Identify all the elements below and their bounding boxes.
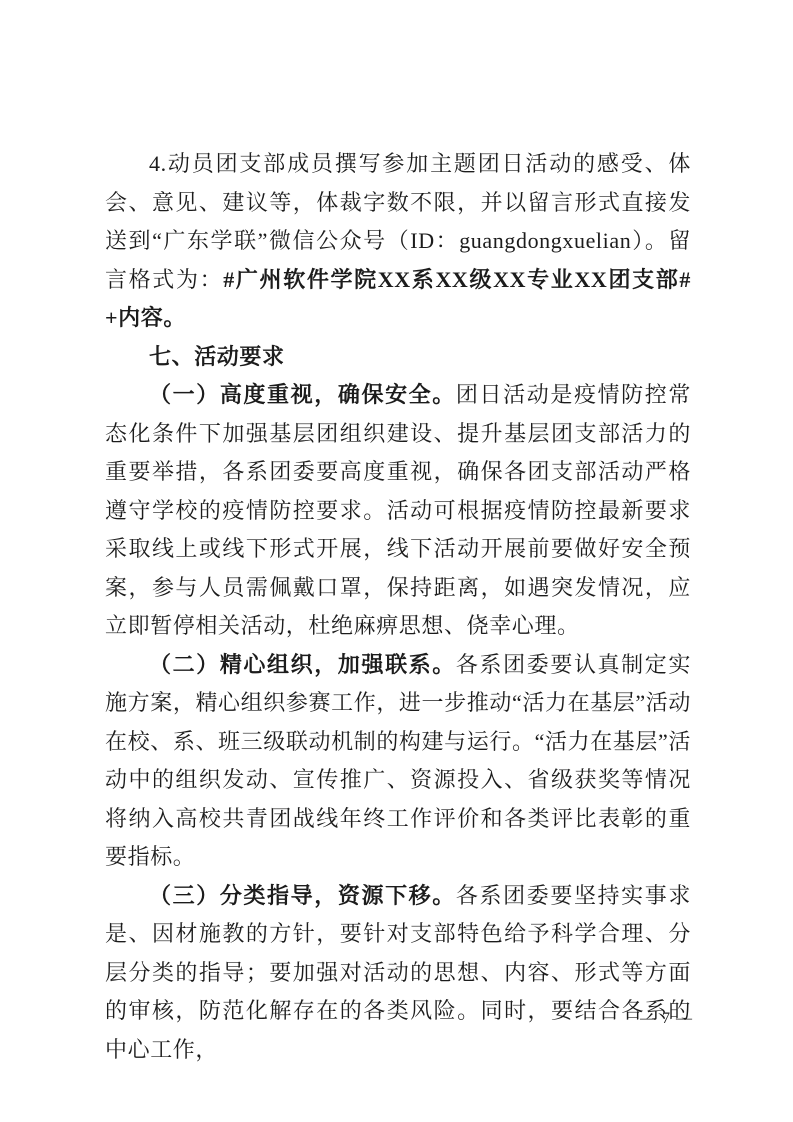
text-run: 各系团委要坚持实事求是、因材施教的方针，要针对支部特色给予科学合理、分层分类的指…: [105, 883, 691, 1062]
bold-text-run: （一）高度重视，确保安全。: [149, 382, 456, 407]
bold-text-run: 七、活动要求: [149, 344, 285, 369]
paragraph-requirement-2-organization: （二）精心组织，加强联系。各系团委要认真制定实施方案，精心组织参赛工作，进一步推…: [105, 646, 691, 877]
text-run: 各系团委要认真制定实施方案，精心组织参赛工作，进一步推动“活力在基层”活动在校、…: [105, 652, 691, 870]
page-number: — 7 —: [640, 1010, 693, 1028]
document-page: 4.动员团支部成员撰写参加主题团日活动的感受、体会、意见、建议等，体裁字数不限，…: [0, 0, 793, 1122]
bold-text-run: （二）精心组织，加强联系。: [149, 652, 456, 677]
paragraph-item-4-feedback-submission: 4.动员团支部成员撰写参加主题团日活动的感受、体会、意见、建议等，体裁字数不限，…: [105, 145, 691, 338]
paragraph-requirement-1-safety: （一）高度重视，确保安全。团日活动是疫情防控常态化条件下加强基层团组织建设、提升…: [105, 376, 691, 646]
heading-section-seven-activity-requirements: 七、活动要求: [105, 338, 691, 377]
paragraph-requirement-3-guidance: （三）分类指导，资源下移。各系团委要坚持实事求是、因材施教的方针，要针对支部特色…: [105, 877, 691, 1070]
bold-text-run: （三）分类指导，资源下移。: [149, 883, 456, 908]
text-run: 团日活动是疫情防控常态化条件下加强基层团组织建设、提升基层团支部活力的重要举措，…: [105, 382, 691, 638]
document-body: 4.动员团支部成员撰写参加主题团日活动的感受、体会、意见、建议等，体裁字数不限，…: [105, 145, 691, 1069]
